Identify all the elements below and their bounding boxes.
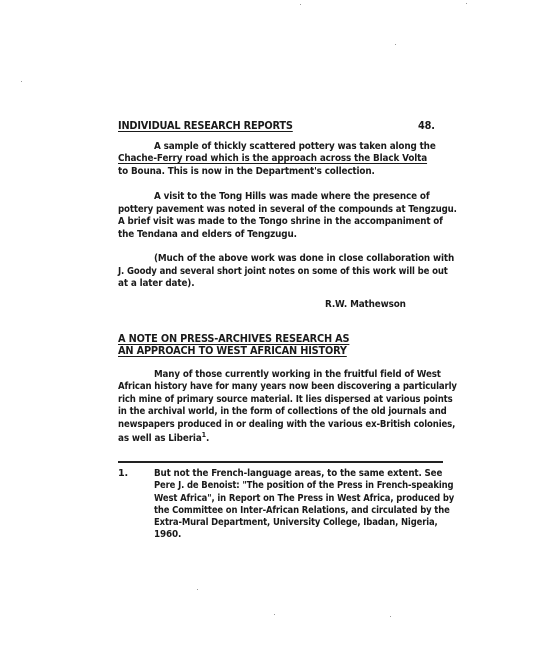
page-number: 48. xyxy=(418,120,435,132)
text-line: Many of those currently working in the f… xyxy=(154,369,441,380)
note-title-line-2: AN APPROACH TO WEST AFRICAN HISTORY xyxy=(118,345,347,357)
text-line: pottery pavement was noted in several of… xyxy=(118,204,457,215)
text-line: at a later date). xyxy=(118,278,194,289)
note-title-line-1: A NOTE ON PRESS-ARCHIVES RESEARCH AS xyxy=(118,333,349,345)
scan-speck xyxy=(21,81,22,82)
footnote-number: 1. xyxy=(118,468,128,479)
text-line: J. Goody and several short joint notes o… xyxy=(118,266,448,277)
text-line: in the archival world, in the form of co… xyxy=(118,406,447,417)
footnote-divider xyxy=(118,461,443,463)
text-line: A sample of thickly scattered pottery wa… xyxy=(154,141,436,152)
scan-speck xyxy=(197,589,198,590)
scan-speck xyxy=(466,3,467,4)
scan-speck xyxy=(300,4,301,5)
text-line: Pere J. de Benoist: "The position of the… xyxy=(154,480,453,491)
text-line: to Bouna. This is now in the Department'… xyxy=(118,166,375,177)
text-line: A brief visit was made to the Tongo shri… xyxy=(118,216,443,227)
text-line: the Tendana and elders of Tengzugu. xyxy=(118,229,297,240)
text-line: Chache-Ferry road which is the approach … xyxy=(118,153,427,164)
scan-speck xyxy=(395,44,396,45)
text-line: But not the French-language areas, to th… xyxy=(154,468,442,479)
scan-speck xyxy=(274,614,275,615)
text-line: A visit to the Tong Hills was made where… xyxy=(154,191,430,202)
text-line: newspapers produced in or dealing with t… xyxy=(118,419,455,430)
text-line: (Much of the above work was done in clos… xyxy=(154,253,454,264)
scan-speck xyxy=(390,616,391,617)
section-title: INDIVIDUAL RESEARCH REPORTS xyxy=(118,120,293,132)
text-line: the Committee on Inter-African Relations… xyxy=(154,505,450,516)
text-line: Extra-Mural Department, University Colle… xyxy=(154,517,438,528)
text-line: African history have for many years now … xyxy=(118,381,457,392)
author-signature: R.W. Mathewson xyxy=(325,299,406,310)
section-header: INDIVIDUAL RESEARCH REPORTS xyxy=(118,120,293,132)
text-line: as well as Liberia1. xyxy=(118,431,209,444)
text-line: rich mine of primary source material. It… xyxy=(118,394,453,405)
text-line: 1960. xyxy=(154,529,181,540)
text-line: West Africa", in Report on The Press in … xyxy=(154,493,454,504)
document-page: INDIVIDUAL RESEARCH REPORTS 48. A sample… xyxy=(0,0,553,650)
